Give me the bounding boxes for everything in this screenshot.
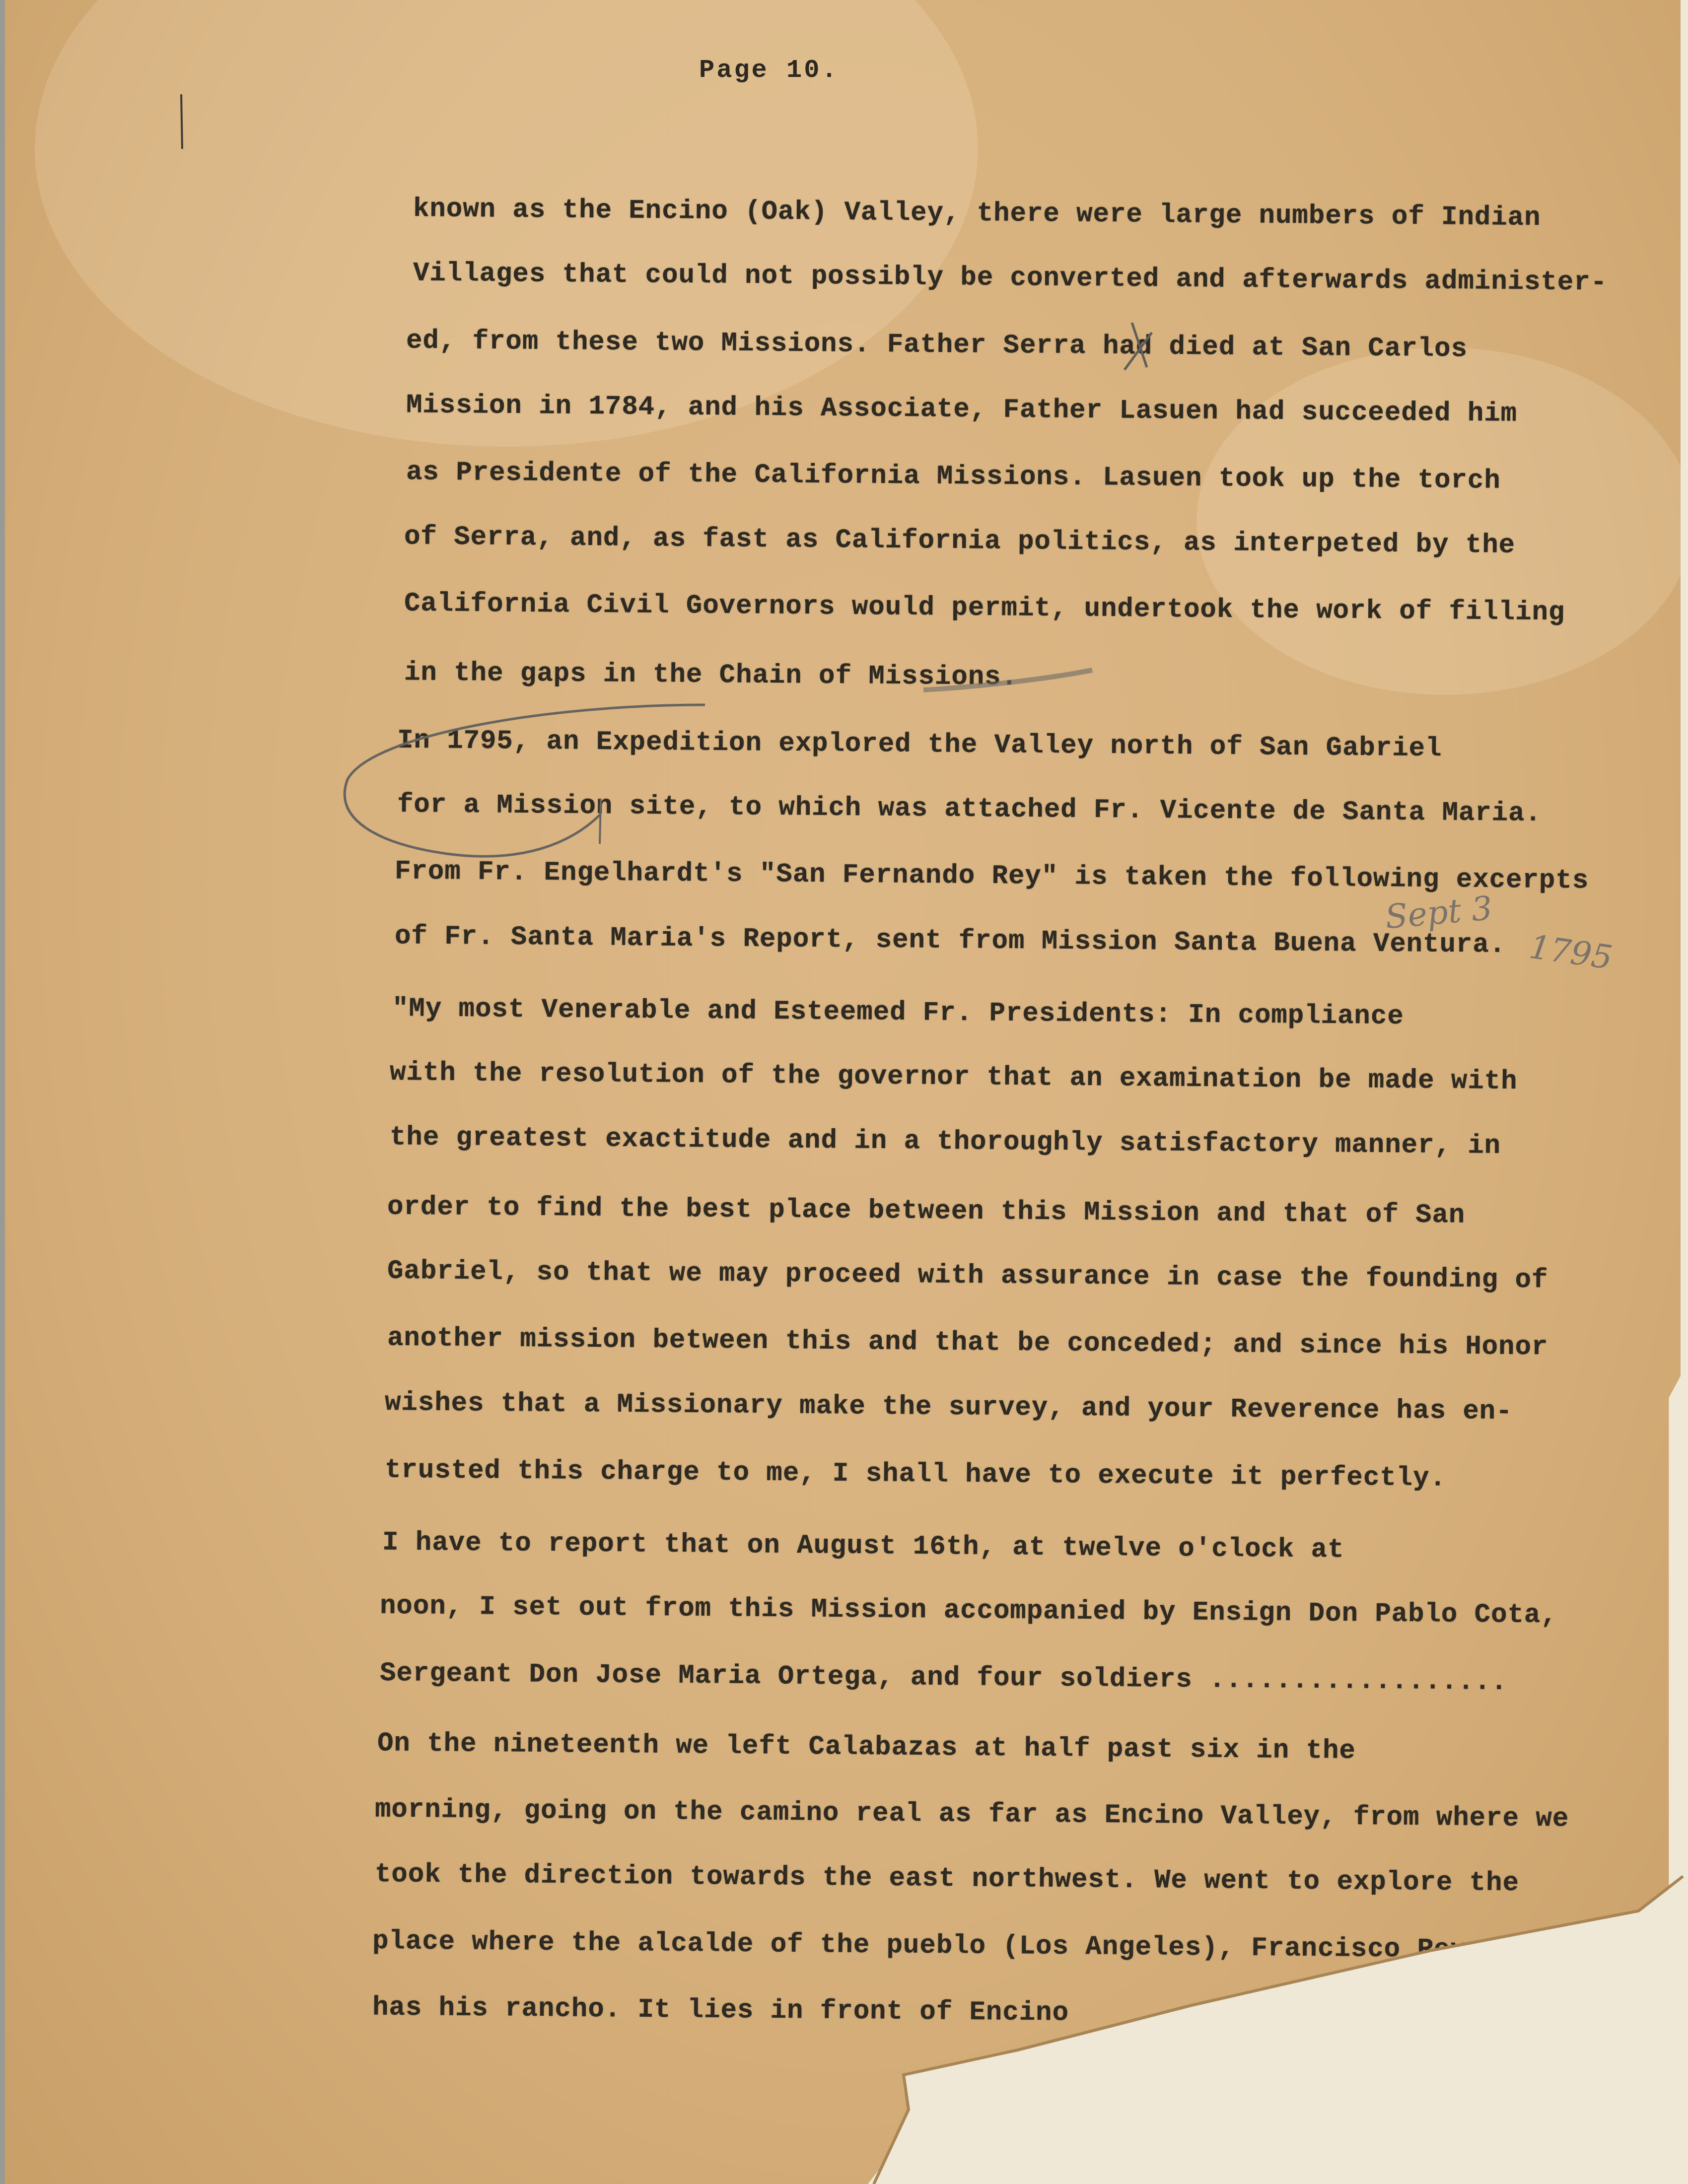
scan-edge-strip <box>0 0 5 2184</box>
text-line: in the gaps in the Chain of Missions. <box>404 658 1018 693</box>
text-line: has his rancho. It lies in front of Enci… <box>372 1992 1069 2028</box>
page-number-header: Page 10. <box>699 56 839 85</box>
